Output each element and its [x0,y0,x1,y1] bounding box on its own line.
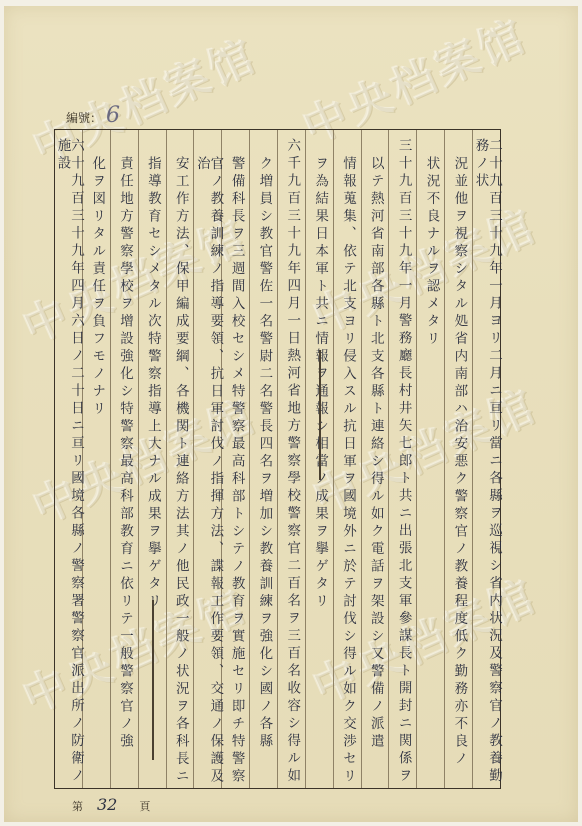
end-mark [152,600,154,760]
manuscript-column: 二十九百三十九年一月ヨリ二月ニ亘リ當ニ各縣ヲ巡視シ省内状況及警察官ノ教養勤務ノ状 [472,130,500,788]
manuscript-column: 指導教育セシメタル次特警察指導上大ナル成果ヲ擧ゲタリ [138,130,166,788]
manuscript-column: 安工作方法、保甲編成要綱、各機関ト連絡方法其ノ他民政一般ノ状況ヲ各科長ニ [166,130,194,788]
manuscript-column: 六千九百三十九年四月一日熱河省地方警察學校警察官二百名ヲ三百名收容シ得ル如 [277,130,305,788]
column-text: 責任地方警察學校ヲ增設強化シ特警察最高科部教育ニ依リテ一般警察官ノ強 [118,130,132,751]
column-text: 状況不良ナルヲ認メタリ [424,130,438,349]
manuscript-column: 情報蒐集、依テ北支ヨリ侵入スル抗日軍ヲ國境外ニ於テ討伐シ得ル如ク交渉セリ [333,130,361,788]
file-number-value: 6 [106,103,120,128]
manuscript-column: 以テ熱河省南部各縣ト北支各縣ト連絡シ得ル如ク電話ヲ架設シ又警備ノ派遣 [361,130,389,788]
manuscript-column: 六十九百三十九年四月六日ノ二十日ニ亘リ國境各縣ノ警察署警察官派出所ノ防衛ノ施設 [55,130,82,788]
manuscript-column: 状況不良ナルヲ認メタリ [416,130,444,788]
manuscript-column: 責任地方警察學校ヲ增設強化シ特警察最高科部教育ニ依リテ一般警察官ノ強 [110,130,138,788]
column-text: 二十九百三十九年一月ヨリ二月ニ亘リ當ニ各縣ヲ巡視シ省内状況及警察官ノ教養勤務ノ状 [473,130,500,788]
page-prefix: 第 [72,798,83,814]
manuscript-column: 官ノ教養訓練ノ指導要領、抗日軍討伐ノ指揮方法、諜報工作要領、交通ノ保護及治 [193,130,221,788]
column-text: ク増員シ教官警佐一名警尉二名警長四名ヲ増加シ教養訓練ヲ強化シ國ノ各縣 [257,130,271,751]
page-suffix: 頁 [139,798,150,814]
file-number: 編號： 6 [66,103,120,128]
column-text: 三十九百三十九年一月警務廳長村井矢七郎ト共ニ出張北支軍參謀長ト開封ニ関係ヲ [396,130,410,786]
manuscript-column: ヲ為結果日本軍ト共ニ情報ヲ通報シ相當ノ成果ヲ擧ゲタリ [305,130,333,788]
manuscript-column: 三十九百三十九年一月警務廳長村井矢七郎ト共ニ出張北支軍參謀長ト開封ニ関係ヲ [388,130,416,788]
column-text: 以テ熱河省南部各縣ト北支各縣ト連絡シ得ル如ク電話ヲ架設シ又警備ノ派遣 [368,130,382,751]
end-mark [319,350,321,480]
file-number-label: 編號： [66,109,102,126]
column-text: 況並他ヲ視察シタル処省内南部ハ治安悪ク警察官ノ教養程度低ク勤務亦不良ノ [452,130,466,769]
manuscript-column: 化ヲ図リタル責任ヲ負フモノナリ [82,130,110,788]
column-text: 官ノ教養訓練ノ指導要領、抗日軍討伐ノ指揮方法、諜報工作要領、交通ノ保護及治 [194,130,221,788]
column-text: 情報蒐集、依テ北支ヨリ侵入スル抗日軍ヲ國境外ニ於テ討伐シ得ル如ク交渉セリ [340,130,354,786]
column-text: 六千九百三十九年四月一日熱河省地方警察學校警察官二百名ヲ三百名收容シ得ル如 [285,130,299,786]
column-text: 指導教育セシメタル次特警察指導上大ナル成果ヲ擧ゲタリ [145,130,159,611]
page-footer: 第 32 頁 [72,795,150,814]
manuscript-column: ク増員シ教官警佐一名警尉二名警長四名ヲ増加シ教養訓練ヲ強化シ國ノ各縣 [249,130,277,788]
manuscript-column: 警備科長ヲ三週間入校セシメ特警察最高科部トシテノ教育ヲ實施セリ即チ特警察 [221,130,249,788]
column-text: 六十九百三十九年四月六日ノ二十日ニ亘リ國境各縣ノ警察署警察官派出所ノ防衛ノ施設 [55,130,82,788]
manuscript-grid: 二十九百三十九年一月ヨリ二月ニ亘リ當ニ各縣ヲ巡視シ省内状況及警察官ノ教養勤務ノ状… [54,129,501,789]
column-text: 安工作方法、保甲編成要綱、各機関ト連絡方法其ノ他民政一般ノ状況ヲ各科長ニ [173,130,187,786]
manuscript-column: 況並他ヲ視察シタル処省内南部ハ治安悪ク警察官ノ教養程度低ク勤務亦不良ノ [444,130,472,788]
archive-page: 中央档案馆 中央档案馆 中央档案馆 中央档案馆 中央档案馆 中央档案馆 中央档案… [4,6,578,822]
page-number: 32 [97,795,117,814]
column-text: 化ヲ図リタル責任ヲ負フモノナリ [90,130,104,419]
column-text: 警備科長ヲ三週間入校セシメ特警察最高科部トシテノ教育ヲ實施セリ即チ特警察 [229,130,243,786]
